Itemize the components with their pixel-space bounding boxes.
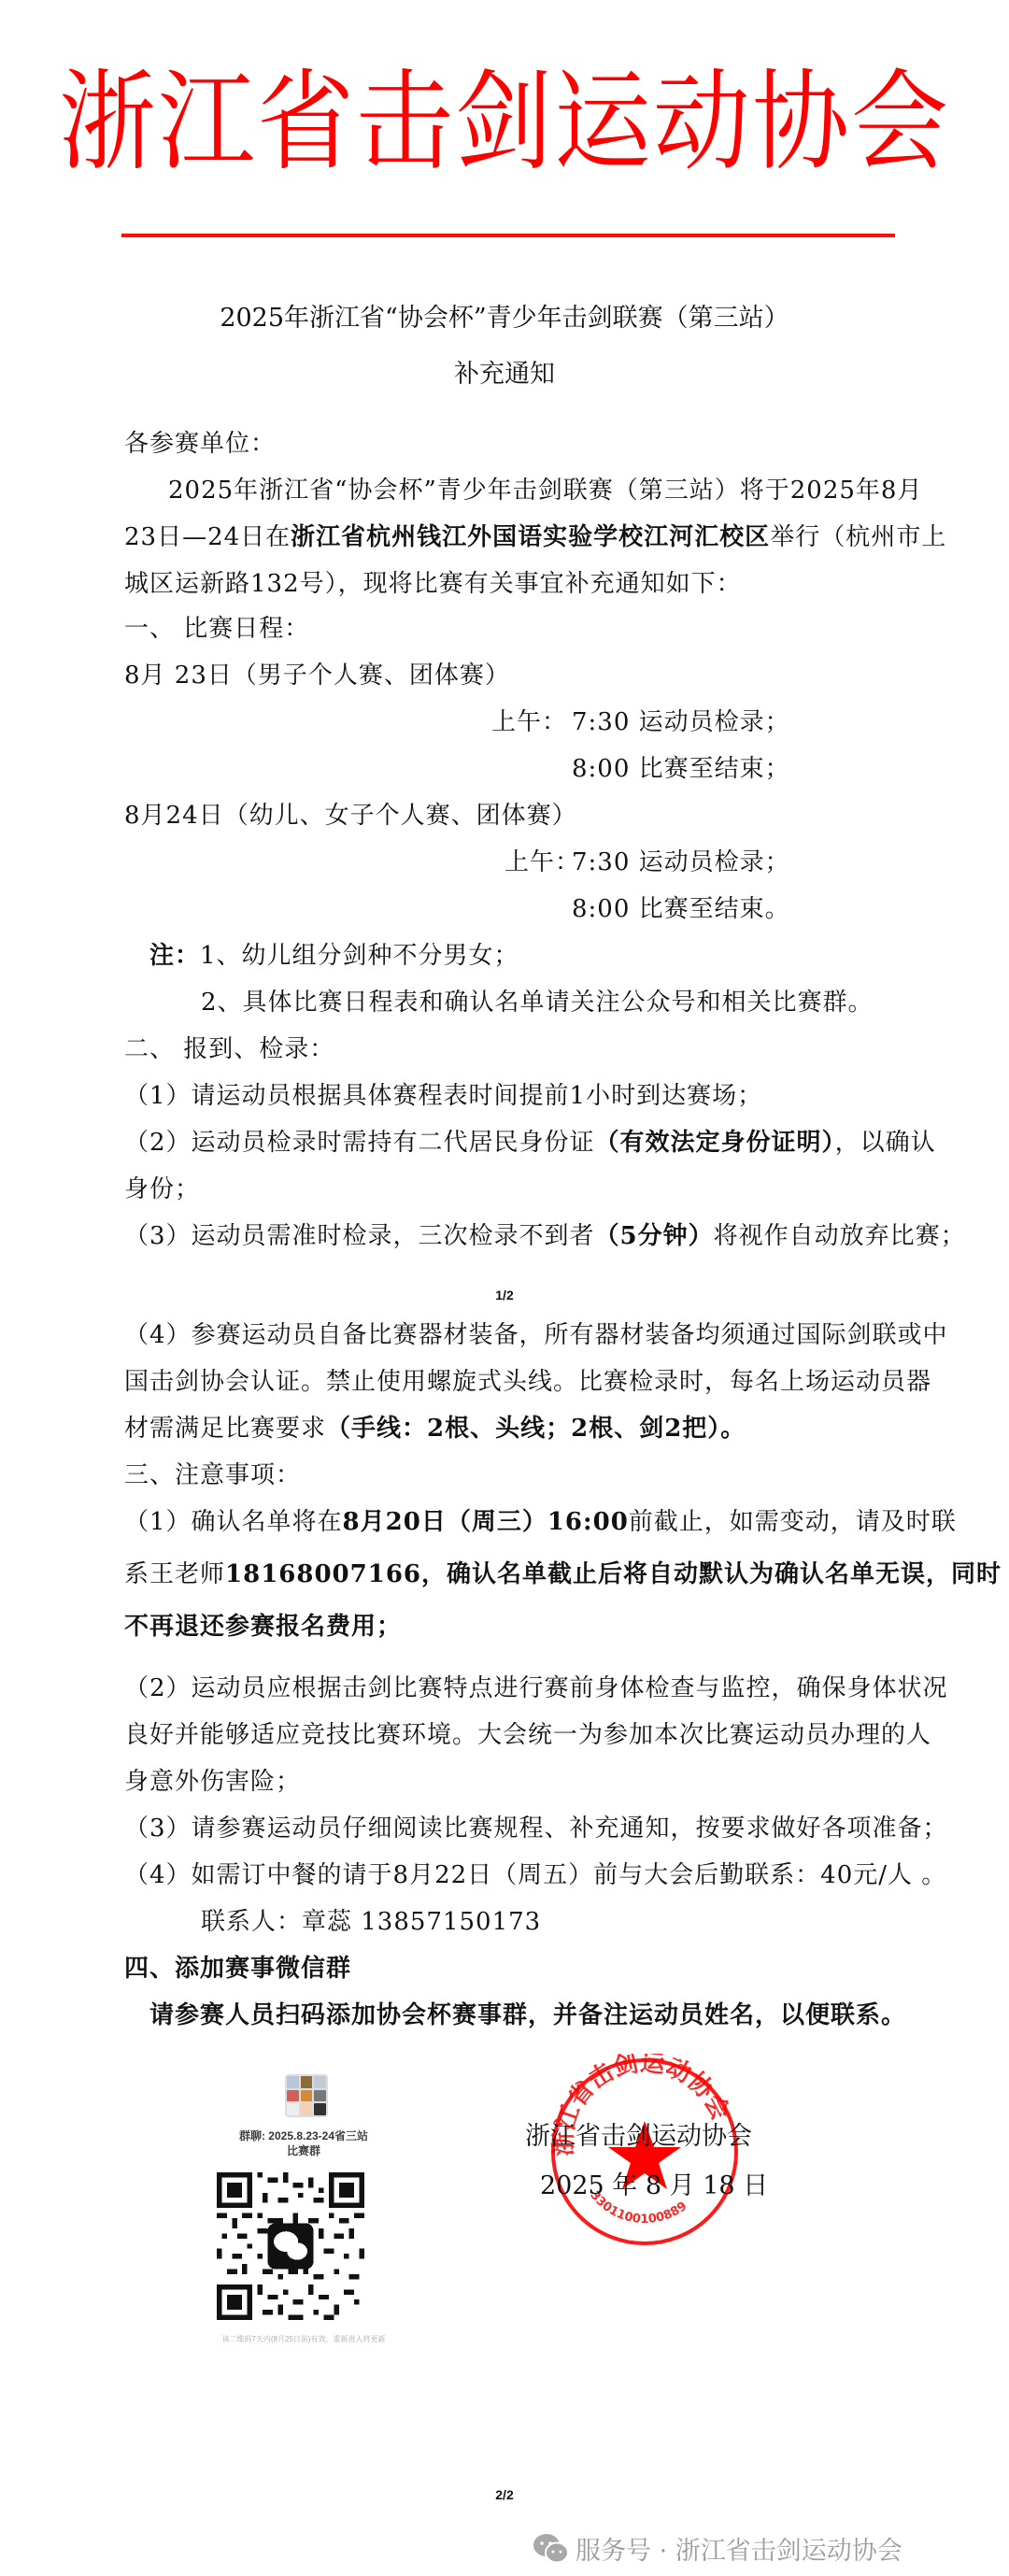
- section3-item4: （4）如需订中餐的请于8月22日（周五）前与大会后勤联系：40元/人 。: [124, 1859, 946, 1891]
- footer-text: 服务号 · 浙江省击剑运动协会: [576, 2530, 902, 2567]
- section4-body: 请参赛人员扫码添加协会杯赛事群，并备注运动员姓名，以便联系。: [149, 2000, 906, 2031]
- day2-am-label: 上午：: [504, 847, 580, 878]
- page-number-2: 2/2: [0, 2487, 1009, 2502]
- intro-date: 23日—24日在: [124, 523, 291, 551]
- item3-text: （3）运动员需准时检录，三次检录不到者: [124, 1222, 595, 1250]
- item1-phone: 18168007166，确认名单截止后将自动默认为确认名单无误，同时: [225, 1560, 1002, 1588]
- section2-heading: 二、 报到、检录：: [124, 1033, 334, 1065]
- item2-tail: ，以确认: [835, 1129, 936, 1157]
- signature-org: 浙江省击剑运动协会: [525, 2115, 752, 2152]
- section2-item2: （2）运动员检录时需持有二代居民身份证（有效法定身份证明），以确认: [124, 1127, 936, 1159]
- day2-slot1: 7:30 运动员检录；: [572, 847, 790, 878]
- section3-item3: （3）请参赛运动员仔细阅读比赛规程、补充通知，按要求做好各项准备；: [124, 1813, 948, 1844]
- document-subtitle: 补充通知: [0, 353, 1009, 390]
- qr-code[interactable]: [217, 2172, 364, 2320]
- section3-item2-l3: 身意外伤害险；: [124, 1766, 301, 1798]
- item3-tail: 将视作自动放弃比赛；: [714, 1222, 966, 1250]
- wechat-group-qr-card: 群聊: 2025.8.23-24省三站 比赛群 该二维码7天内(8月25日前)有…: [192, 2065, 397, 2345]
- section3-item1-l1: （1）确认名单将在8月20日（周三）16:00前截止，如需变动，请及时联: [124, 1506, 957, 1538]
- item1-contact: 系王老师: [124, 1560, 225, 1588]
- qr-group-name: 群聊: 2025.8.23-24省三站 比赛群: [192, 2128, 416, 2158]
- section4-heading: 四、添加赛事微信群: [124, 1953, 351, 1985]
- intro-venue: 浙江省杭州钱江外国语实验学校江河汇校区: [291, 523, 770, 551]
- page-number-1: 1/2: [0, 1288, 1009, 1302]
- masthead-divider: [121, 234, 895, 237]
- note-2: 2、具体比赛日程表和确认名单请关注公众号和相关比赛群。: [201, 987, 874, 1018]
- item2-text: （2）运动员检录时需持有二代居民身份证: [124, 1129, 595, 1157]
- day2-label: 8月24日（幼儿、女子个人赛、团体赛）: [124, 800, 577, 832]
- day1-am-label: 上午：: [491, 706, 567, 738]
- signature-date: 2025 年 8 月 18 日: [540, 2165, 768, 2201]
- intro-line-2: 23日—24日在浙江省杭州钱江外国语实验学校江河汇校区举行（杭州市上: [124, 521, 946, 553]
- qr-group-name-line2: 比赛群: [192, 2143, 416, 2158]
- masthead-org-name: 浙江省击剑运动协会: [0, 59, 1009, 184]
- item1-deadline: 8月20日（周三）16:00: [343, 1508, 629, 1536]
- wechat-icon: [533, 2533, 570, 2565]
- group-avatar: [285, 2074, 328, 2117]
- note-label: 注：: [149, 942, 200, 970]
- qr-validity-note: 该二维码7天内(8月25日前)有效，重新进入将更新: [187, 2334, 420, 2344]
- item1-text: （1）确认名单将在: [124, 1508, 343, 1536]
- section2-item4-l2: 国击剑协会认证。禁止使用螺旋式头线。比赛检录时，每名上场运动员器: [124, 1366, 931, 1398]
- section3-item2-l1: （2）运动员应根据击剑比赛特点进行赛前身体检查与监控，确保身体状况: [124, 1672, 948, 1704]
- section2-item2-cont: 身份；: [124, 1174, 200, 1205]
- intro-line-1: 2025年浙江省“协会杯”青少年击剑联赛（第三站）将于2025年8月: [168, 475, 922, 506]
- intro-address-start: 举行（杭州市上: [770, 523, 946, 551]
- section3-heading: 三、注意事项：: [124, 1459, 301, 1491]
- qr-group-name-line1: 群聊: 2025.8.23-24省三站: [192, 2128, 416, 2143]
- section2-item3: （3）运动员需准时检录，三次检录不到者（5分钟）将视作自动放弃比赛；: [124, 1220, 966, 1252]
- official-seal: 浙江省击剑运动协会 3301100100889: [547, 2054, 743, 2250]
- section1-heading: 一、 比赛日程：: [124, 613, 309, 645]
- note-1: 注：1、幼儿组分剑种不分男女；: [149, 940, 519, 972]
- section2-item4-l3: 材需满足比赛要求（手线：2根、头线；2根、剑2把）。: [124, 1413, 746, 1445]
- footer-service-account[interactable]: 服务号 · 浙江省击剑运动协会: [533, 2530, 902, 2567]
- note-1-text: 1、幼儿组分剑种不分男女；: [200, 942, 519, 970]
- item2-emphasis: （有效法定身份证明）: [595, 1129, 835, 1157]
- item1-tail: 前截止，如需变动，请及时联: [629, 1508, 957, 1536]
- section3-item1-l2: 系王老师18168007166，确认名单截止后将自动默认为确认名单无误，同时: [124, 1558, 1002, 1590]
- item4-text: 材需满足比赛要求: [124, 1415, 326, 1443]
- salutation: 各参赛单位：: [124, 428, 276, 460]
- document-title: 2025年浙江省“协会杯”青少年击剑联赛（第三站）: [0, 297, 1009, 334]
- item3-emphasis: （5分钟）: [595, 1222, 714, 1250]
- intro-line-3: 城区运新路132号），现将比赛有关事宜补充通知如下：: [124, 568, 742, 600]
- day1-label: 8月 23日（男子个人赛、团体赛）: [124, 660, 510, 691]
- section2-item1: （1）请运动员根据具体赛程表时间提前1小时到达赛场；: [124, 1080, 762, 1112]
- day2-slot2: 8:00 比赛至结束。: [572, 893, 790, 925]
- day1-slot2: 8:00 比赛至结束；: [572, 753, 790, 785]
- section3-item2-l2: 良好并能够适应竞技比赛环境。大会统一为参加本次比赛运动员办理的人: [124, 1719, 931, 1751]
- section2-item4-l1: （4）参赛运动员自备比赛器材装备，所有器材装备均须通过国际剑联或中: [124, 1319, 948, 1351]
- section3-item1-l3: 不再退还参赛报名费用；: [124, 1611, 402, 1643]
- day1-slot1: 7:30 运动员检录；: [572, 706, 790, 738]
- section3-contact: 联系人：章蕊 13857150173: [201, 1906, 541, 1938]
- item4-emphasis: （手线：2根、头线；2根、剑2把）。: [326, 1415, 746, 1443]
